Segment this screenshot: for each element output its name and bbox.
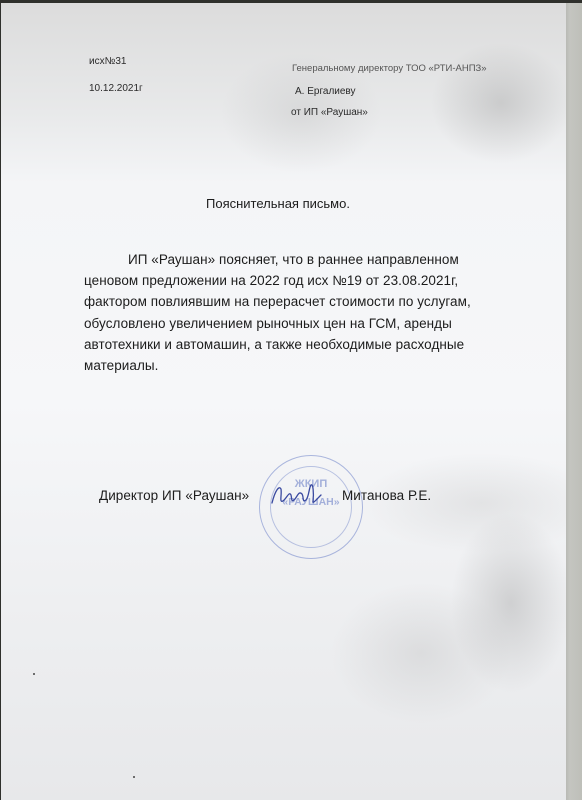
outgoing-number: исх№31 — [89, 56, 126, 67]
addressee-line-2: А. Ергалиеву — [295, 86, 356, 97]
body-line-2: ценовом предложении на 2022 год исх №19 … — [84, 273, 458, 288]
addressee-line-1: Генеральному директору ТОО «РТИ-АНПЗ» — [292, 63, 487, 74]
scan-speck — [133, 776, 135, 778]
body-line-6: материалы. — [84, 358, 158, 373]
signatory-name: Митанова Р.Е. — [342, 488, 431, 503]
scan-speck — [33, 673, 35, 675]
body-line-5: автотехники и автомашин, а также необход… — [84, 337, 464, 352]
handwritten-signature-icon — [269, 481, 329, 509]
body-line-4: обусловлено увеличением рыночных цен на … — [84, 316, 452, 331]
signatory-position: Директор ИП «Раушан» — [99, 488, 249, 503]
addressee-line-3: от ИП «Раушан» — [291, 107, 368, 118]
scan-edge-strip — [566, 3, 582, 800]
body-line-3: фактором повлиявшим на перерасчет стоимо… — [84, 294, 471, 309]
body-line-1: ИП «Раушан» поясняет, что в раннее напра… — [128, 252, 459, 267]
letter-title: Пояснительная письмо. — [206, 196, 350, 211]
letter-date: 10.12.2021г — [89, 83, 143, 94]
scanned-letter-page: исх№31 10.12.2021г Генеральному директор… — [1, 3, 566, 800]
